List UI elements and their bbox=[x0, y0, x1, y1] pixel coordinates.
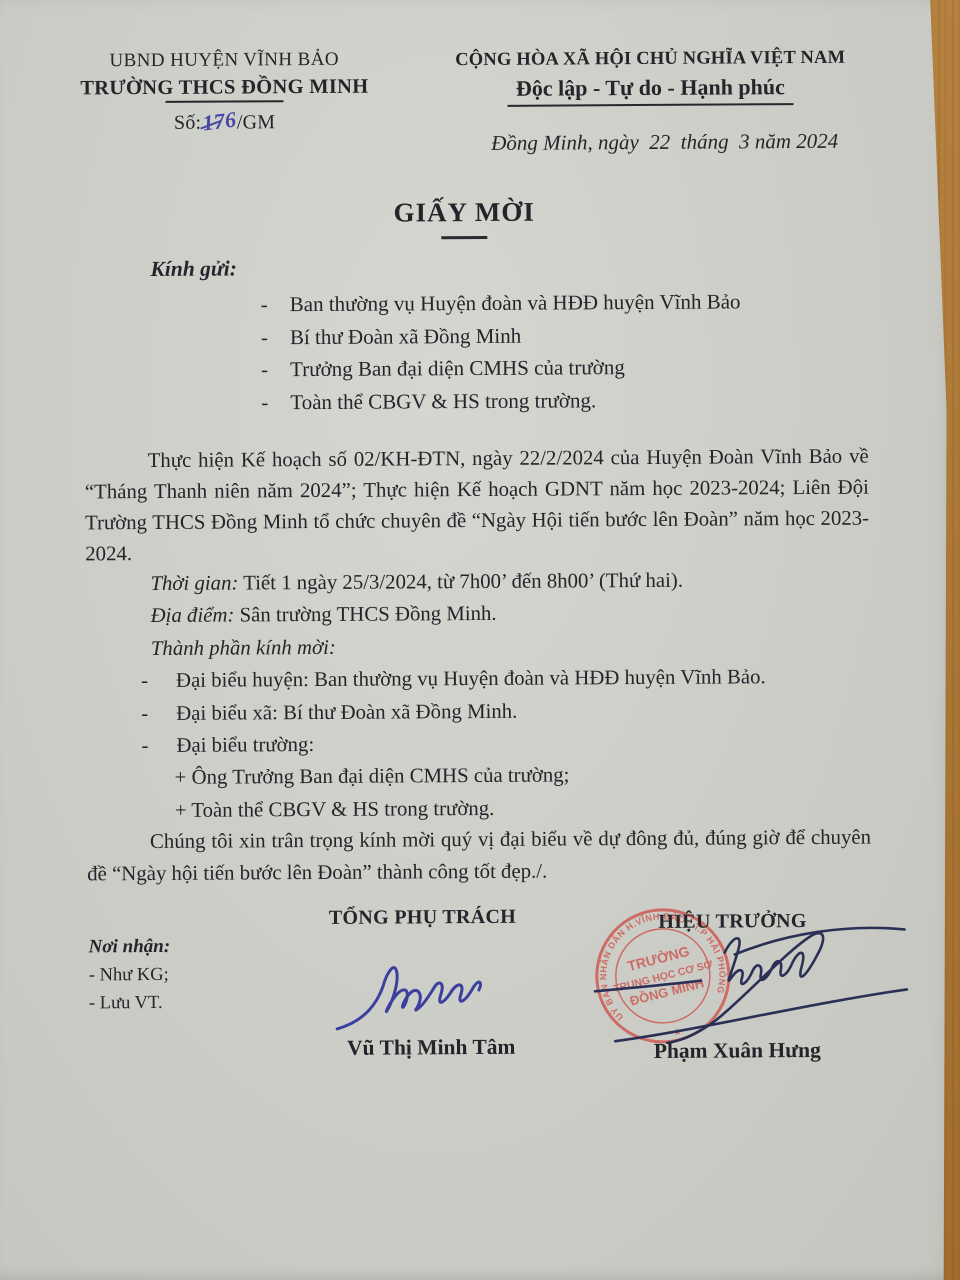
header-left: UBND HUYỆN VĨNH BẢO TRƯỜNG THCS ĐỒNG MIN… bbox=[59, 49, 390, 136]
detail-label: Thành phần kính mời: bbox=[151, 636, 336, 661]
national-motto-line2: Độc lập - Tự do - Hạnh phúc bbox=[425, 74, 875, 103]
recipients-note-heading: Nơi nhận: bbox=[89, 936, 171, 958]
detail-place: Địa điểm: Sân trường THCS Đồng Minh. bbox=[86, 600, 878, 637]
dash-bullet: - bbox=[261, 390, 290, 415]
recipients-note: Nơi nhận: - Như KG; - Lưu VT. bbox=[89, 936, 171, 1014]
list-item: -Toàn thể CBGV & HS trong trường. bbox=[261, 387, 741, 423]
scanned-paper: UBND HUYỆN VĨNH BẢO TRƯỜNG THCS ĐỒNG MIN… bbox=[0, 0, 960, 1280]
list-item: -Đại biểu trường: bbox=[86, 730, 878, 767]
title-underline bbox=[441, 236, 487, 239]
detail-label: Địa điểm: bbox=[151, 604, 235, 629]
event-details: Thời gian: Tiết 1 ngày 25/3/2024, từ 7h0… bbox=[85, 568, 879, 832]
document-content: UBND HUYỆN VĨNH BẢO TRƯỜNG THCS ĐỒNG MIN… bbox=[0, 0, 960, 1280]
signature-stroke bbox=[615, 989, 907, 1041]
detail-label: Thời gian: bbox=[150, 571, 238, 596]
detail-attendees-heading: Thành phần kính mời: bbox=[86, 632, 878, 669]
recipients-note-item: - Như KG; bbox=[89, 965, 171, 986]
doc-no-handwritten: 176 bbox=[201, 107, 238, 137]
list-item: -Đại biểu huyện: Ban thường vụ Huyện đoà… bbox=[86, 665, 878, 702]
dash-bullet: - bbox=[261, 292, 290, 317]
list-item: -Ban thường vụ Huyện đoàn và HĐĐ huyện V… bbox=[261, 289, 741, 325]
recipient-text: Ban thường vụ Huyện đoàn và HĐĐ huyện Vĩ… bbox=[290, 289, 741, 317]
header-right: CỘNG HÒA XÃ HỘI CHỦ NGHĨA VIỆT NAM Độc l… bbox=[425, 48, 876, 157]
invitee-text: Đại biểu trường: bbox=[176, 733, 314, 758]
motto-underline bbox=[508, 103, 794, 107]
tpt-signature-title: TỔNG PHỤ TRÁCH bbox=[294, 906, 550, 931]
org-name: TRƯỜNG THCS ĐỒNG MINH bbox=[59, 76, 389, 101]
recipient-text: Trưởng Ban đại diện CMHS của trường bbox=[290, 355, 625, 382]
document-number: Số:176/GM bbox=[60, 108, 390, 136]
invitee-text: Đại biểu xã: Bí thư Đoàn xã Đồng Minh. bbox=[176, 699, 517, 725]
org-name-underline bbox=[165, 100, 283, 103]
recipient-list: -Ban thường vụ Huyện đoàn và HĐĐ huyện V… bbox=[261, 289, 742, 422]
list-item: -Trưởng Ban đại diện CMHS của trường bbox=[261, 355, 741, 391]
closing-paragraph: Chúng tôi xin trân trọng kính mời quý vị… bbox=[87, 822, 871, 891]
doc-no-label: Số: bbox=[174, 112, 201, 135]
recipients-note-item: - Lưu VT. bbox=[89, 993, 171, 1014]
intro-paragraph: Thực hiện Kế hoạch số 02/KH-ĐTN, ngày 22… bbox=[85, 441, 870, 570]
dash-bullet: - bbox=[261, 325, 290, 350]
list-item: -Đại biểu xã: Bí thư Đoàn xã Đồng Minh. bbox=[86, 697, 878, 734]
date-line: Đồng Minh, ngày 22 tháng 3 năm 2024 bbox=[454, 129, 876, 157]
signature-stroke bbox=[337, 967, 481, 1029]
org-parent: UBND HUYỆN VĨNH BẢO bbox=[59, 49, 389, 73]
dash-bullet: - bbox=[141, 669, 176, 693]
tpt-signature-ink bbox=[331, 942, 522, 1038]
dash-bullet: - bbox=[141, 701, 176, 725]
salutation: Kính gửi: bbox=[150, 256, 237, 282]
detail-text: Tiết 1 ngày 25/3/2024, từ 7h00’ đến 8h00… bbox=[238, 569, 683, 596]
detail-text: Sân trường THCS Đồng Minh. bbox=[234, 602, 496, 628]
list-item: -Bí thư Đoàn xã Đồng Minh bbox=[261, 322, 741, 358]
recipient-text: Toàn thể CBGV & HS trong trường. bbox=[290, 388, 596, 415]
document-title-block: GIẤY MỜI bbox=[0, 194, 930, 241]
tpt-signatory-name: Vũ Thị Minh Tâm bbox=[301, 1035, 561, 1062]
list-item: + Ông Trưởng Ban đại diện CMHS của trườn… bbox=[87, 762, 879, 799]
dash-bullet: - bbox=[261, 357, 290, 382]
dash-bullet: - bbox=[141, 734, 176, 758]
recipient-text: Bí thư Đoàn xã Đồng Minh bbox=[290, 323, 521, 349]
detail-time: Thời gian: Tiết 1 ngày 25/3/2024, từ 7h0… bbox=[85, 568, 877, 605]
principal-signature-ink bbox=[574, 907, 915, 1059]
signature-stroke bbox=[595, 981, 701, 992]
principal-signatory-name: Phạm Xuân Hưng bbox=[609, 1038, 865, 1065]
page-title: GIẤY MỜI bbox=[0, 194, 930, 231]
invitee-text: Đại biểu huyện: Ban thường vụ Huyện đoàn… bbox=[176, 665, 766, 693]
doc-no-suffix: /GM bbox=[237, 111, 276, 134]
national-motto-line1: CỘNG HÒA XÃ HỘI CHỦ NGHĨA VIỆT NAM bbox=[425, 48, 875, 72]
